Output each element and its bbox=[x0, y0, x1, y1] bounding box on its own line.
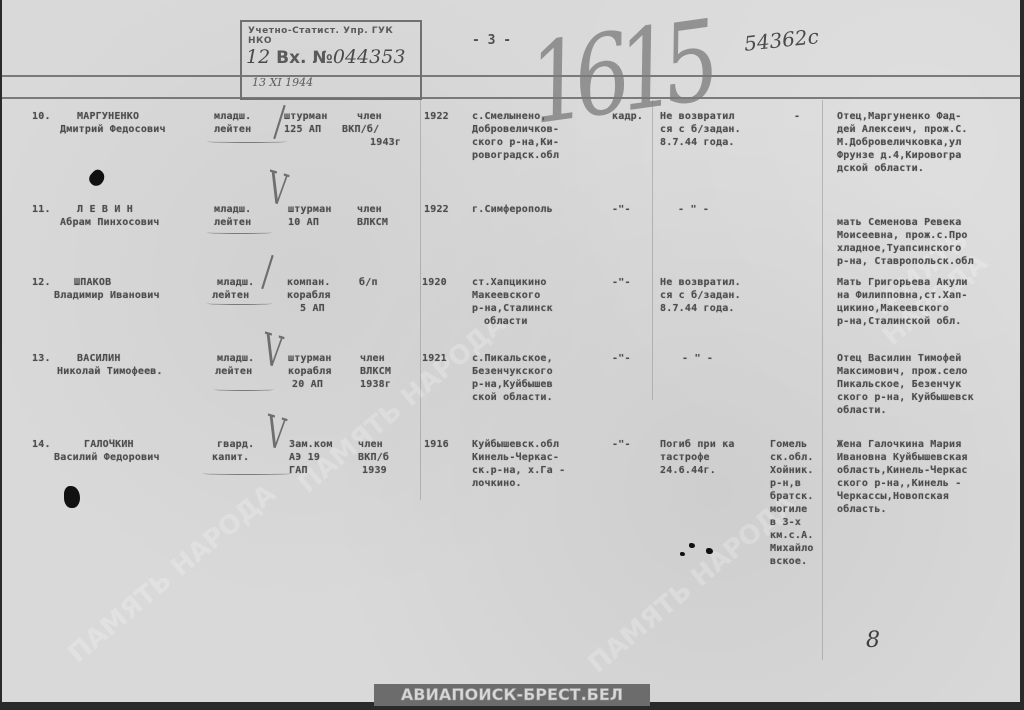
archive-number: 54362с bbox=[743, 24, 820, 56]
fate-line: Не возвратил. bbox=[660, 276, 741, 289]
burial-line: братск. bbox=[770, 490, 814, 503]
fate-line: 8.7.44 года. bbox=[660, 302, 735, 315]
birthplace-line: Добровеличков- bbox=[472, 123, 559, 136]
relatives-line: области. bbox=[837, 404, 887, 417]
rank-line: лейтен bbox=[212, 289, 249, 302]
position-line: штурман bbox=[288, 203, 332, 216]
fate-line: Погиб при ка bbox=[660, 438, 735, 451]
birth-year: 1920 bbox=[422, 276, 447, 289]
relatives-line: р-на,Сталинской обл. bbox=[837, 315, 961, 328]
ink-underline bbox=[202, 472, 292, 475]
row-number: 11. bbox=[32, 203, 51, 216]
relatives-line: хладное,Туапсинского bbox=[837, 242, 961, 255]
called-up-by: -"- bbox=[612, 276, 631, 289]
birth-year: 1922 bbox=[424, 203, 449, 216]
registration-stamp: Учетно-Статист. Упр. ГУК НКО 12 Вх. №044… bbox=[240, 20, 422, 100]
position-line: 5 АП bbox=[300, 302, 325, 315]
birthplace-line: г.Симферополь bbox=[472, 203, 553, 216]
rank-line: лейтен bbox=[215, 365, 252, 378]
handwritten-page-mark: 8 bbox=[866, 628, 880, 653]
rank-line: капит. bbox=[212, 451, 249, 464]
party-line: ВЛКСМ bbox=[357, 216, 388, 229]
relatives-line: Максимович, прож.село bbox=[837, 365, 968, 378]
party-line: ВЛКСМ bbox=[360, 365, 391, 378]
rank-line: младш. bbox=[214, 110, 251, 123]
surname: ШПАКОВ bbox=[74, 276, 111, 289]
birthplace-line: области bbox=[484, 315, 528, 328]
burial-line: Хойник. bbox=[770, 464, 814, 477]
relatives-line: мать Семенова Ревека bbox=[837, 216, 961, 229]
birth-year: 1916 bbox=[424, 438, 449, 451]
party-line: 1939 bbox=[362, 464, 387, 477]
ink-blot bbox=[706, 548, 713, 554]
birth-year: 1921 bbox=[422, 352, 447, 365]
given-name: Василий Федорович bbox=[54, 451, 160, 464]
burial-line: Гомель bbox=[770, 438, 807, 451]
party-line: член bbox=[360, 352, 385, 365]
called-up-by: кадр. bbox=[612, 110, 643, 123]
burial-line: могиле bbox=[770, 503, 807, 516]
party-line: член bbox=[357, 203, 382, 216]
birthplace-line: Куйбышевск.обл bbox=[472, 438, 559, 451]
stamp-date: 13 XI 1944 bbox=[252, 76, 313, 89]
relatives-line: Пикальское, Безенчук bbox=[837, 378, 961, 391]
party-line: член bbox=[357, 110, 382, 123]
row-number: 12. bbox=[32, 276, 51, 289]
burial-line: ск.обл. bbox=[770, 451, 814, 464]
relatives-line: Жена Галочкина Мария bbox=[837, 438, 961, 451]
birthplace-line: с.Пикальское, bbox=[472, 352, 553, 365]
position-line: АЭ 19 bbox=[289, 451, 320, 464]
called-up-by: -"- bbox=[612, 438, 631, 451]
birthplace-line: с.Смелынено, bbox=[472, 110, 547, 123]
position-line: 10 АП bbox=[288, 216, 319, 229]
burial-place: - bbox=[794, 110, 800, 123]
birthplace-line: р-на,Сталинск bbox=[472, 302, 553, 315]
ink-blot bbox=[64, 486, 80, 508]
fate-line: 8.7.44 года. bbox=[660, 136, 735, 149]
rank-line: гвард. bbox=[217, 438, 254, 451]
fate-line: 24.6.44г. bbox=[660, 464, 716, 477]
burial-line: км.с.А. bbox=[770, 529, 814, 542]
position-line: корабля bbox=[288, 365, 332, 378]
surname: ВАСИЛИН bbox=[77, 352, 121, 365]
ink-underline bbox=[207, 231, 272, 234]
called-up-by: -"- bbox=[612, 203, 631, 216]
relatives-line: Отец Василин Тимофей bbox=[837, 352, 961, 365]
birthplace-line: Макеевского bbox=[472, 289, 540, 302]
fate-line: Не возвратил bbox=[660, 110, 735, 123]
birthplace-line: ст.Хапцикино bbox=[472, 276, 547, 289]
row-number: 10. bbox=[32, 110, 51, 123]
watermark: ПАМЯТЬ НАРОДА bbox=[583, 490, 801, 679]
birthplace-line: лочкино. bbox=[472, 477, 522, 490]
given-name: Дмитрий Федосович bbox=[60, 123, 166, 136]
checkmark-icon: V bbox=[266, 166, 289, 215]
rank-line: лейтен bbox=[214, 123, 251, 136]
ink-underline bbox=[214, 388, 274, 391]
surname: ГАЛОЧКИН bbox=[84, 438, 134, 451]
rank-line: младш. bbox=[217, 276, 254, 289]
party-line: член bbox=[358, 438, 383, 451]
position-line: ГАП bbox=[289, 464, 308, 477]
birthplace-line: Кинель-Черкас- bbox=[472, 451, 559, 464]
relatives-line: Моисеевна, прож.с.Про bbox=[837, 229, 968, 242]
relatives-line: М.Добровеличковка,ул bbox=[837, 136, 961, 149]
header-rule-bottom bbox=[2, 97, 1020, 99]
rank-line: младш. bbox=[214, 203, 251, 216]
burial-line: р-н,в bbox=[770, 477, 801, 490]
rank-line: младш. bbox=[217, 352, 254, 365]
stamp-number-line: 12 Вх. №044353 bbox=[246, 46, 405, 68]
stamp-header: Учетно-Статист. Упр. ГУК НКО bbox=[248, 26, 420, 46]
column-divider bbox=[420, 100, 421, 500]
fate-line: - " - bbox=[678, 203, 709, 216]
column-divider bbox=[652, 100, 653, 400]
given-name: Николай Тимофеев. bbox=[57, 365, 163, 378]
fate-line: ся с б/задан. bbox=[660, 289, 741, 302]
checkmark-icon: V bbox=[264, 410, 287, 459]
fate-line: - " - bbox=[682, 352, 713, 365]
position-line: 20 АП bbox=[292, 378, 323, 391]
birthplace-line: Безенчукского bbox=[472, 365, 553, 378]
relatives-line: р-на, Ставропольск.обл bbox=[837, 255, 974, 268]
relatives-line: ского р-на, Куйбышевск bbox=[837, 391, 974, 404]
ink-blot bbox=[689, 543, 695, 548]
ink-blot bbox=[680, 552, 685, 556]
watermark: ПАМЯТЬ НАРОДА bbox=[63, 480, 281, 669]
relatives-line: на Филипповна,ст.Хап- bbox=[837, 289, 968, 302]
burial-line: вское. bbox=[770, 555, 807, 568]
birth-year: 1922 bbox=[424, 110, 449, 123]
surname: МАРГУНЕНКО bbox=[77, 110, 139, 123]
ink-underline bbox=[207, 302, 272, 305]
row-number: 14. bbox=[32, 438, 51, 451]
given-name: Владимир Иванович bbox=[54, 289, 160, 302]
position-line: штурман bbox=[288, 352, 332, 365]
party-line: ВКП/б bbox=[358, 451, 389, 464]
relatives-line: Фрунзе д.4,Кировогра bbox=[837, 149, 961, 162]
relatives-line: Ивановна Куйбышевская bbox=[837, 451, 968, 464]
surname: Л Е В И Н bbox=[77, 203, 133, 216]
relatives-line: дской области. bbox=[837, 162, 924, 175]
relatives-line: цикино,Макеевского bbox=[837, 302, 949, 315]
relatives-line: Черкассы,Новопская bbox=[837, 490, 949, 503]
party-line: ВКП/б/ bbox=[342, 123, 379, 136]
ink-blot bbox=[86, 167, 107, 188]
party-line: 1943г bbox=[370, 136, 401, 149]
column-divider bbox=[822, 100, 823, 660]
relatives-line: область. bbox=[837, 503, 887, 516]
relatives-line: Мать Григорьева Акули bbox=[837, 276, 968, 289]
called-up-by: -"- bbox=[612, 352, 631, 365]
position-line: корабля bbox=[287, 289, 331, 302]
rank-line: лейтен bbox=[214, 216, 251, 229]
burial-line: в 3-х bbox=[770, 516, 801, 529]
given-name: Абрам Пинхосович bbox=[60, 216, 160, 229]
position-line: 125 АП bbox=[284, 123, 321, 136]
birthplace-line: ровоградск.обл bbox=[472, 149, 559, 162]
row-number: 13. bbox=[32, 352, 51, 365]
party-line: б/п bbox=[359, 276, 378, 289]
relatives-line: дей Алексеич, прож.С. bbox=[837, 123, 968, 136]
fate-line: тастрофе bbox=[660, 451, 710, 464]
relatives-line: ского р-на,,Кинель - bbox=[837, 477, 961, 490]
stamp-number: 044353 bbox=[333, 46, 406, 68]
header-rule-top bbox=[2, 75, 1020, 77]
birthplace-line: ской области. bbox=[472, 391, 553, 404]
relatives-line: область,Кинель-Черкас bbox=[837, 464, 968, 477]
document-page: Учетно-Статист. Упр. ГУК НКО 12 Вх. №044… bbox=[2, 0, 1020, 702]
site-watermark-banner: АВИАПОИСК-БРЕСТ.БЕЛ bbox=[374, 684, 650, 706]
position-line: компан. bbox=[287, 276, 331, 289]
party-line: 1938г bbox=[360, 378, 391, 391]
position-line: Зам.ком bbox=[289, 438, 333, 451]
burial-line: Михайло bbox=[770, 542, 814, 555]
page-number: - 3 - bbox=[472, 33, 511, 48]
birthplace-line: ского р-на,Ки- bbox=[472, 136, 559, 149]
birthplace-line: ск.р-на, х.Га - bbox=[472, 464, 565, 477]
birthplace-line: р-на,Куйбышев bbox=[472, 378, 553, 391]
fate-line: ся с б/задан. bbox=[660, 123, 741, 136]
relatives-line: Отец,Маргуненко Фад- bbox=[837, 110, 961, 123]
position-line: штурман bbox=[284, 110, 328, 123]
checkmark-icon: / bbox=[261, 249, 274, 295]
checkmark-icon: V bbox=[261, 328, 284, 377]
